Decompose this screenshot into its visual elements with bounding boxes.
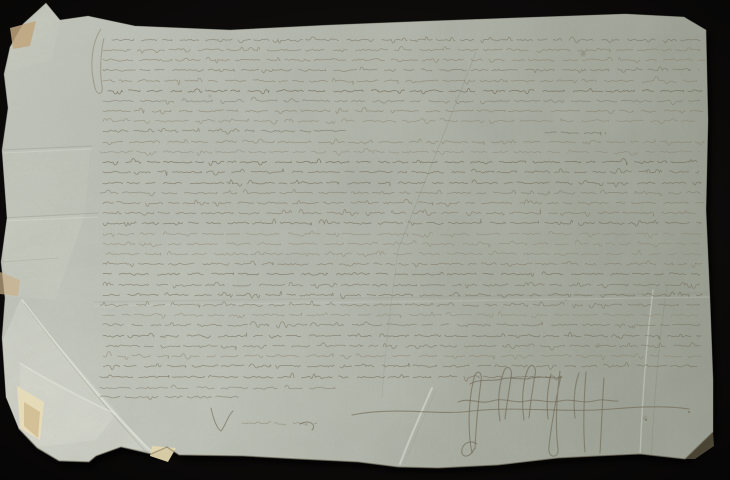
ink-blot bbox=[209, 95, 212, 98]
ink-blot bbox=[581, 52, 585, 56]
signature-flourish-dot bbox=[688, 411, 690, 413]
ink-blot bbox=[565, 299, 567, 301]
ink-blot bbox=[643, 416, 647, 420]
ink-blot bbox=[597, 344, 600, 347]
manuscript-photo-canvas bbox=[0, 0, 730, 480]
manuscript-photo bbox=[0, 0, 730, 480]
